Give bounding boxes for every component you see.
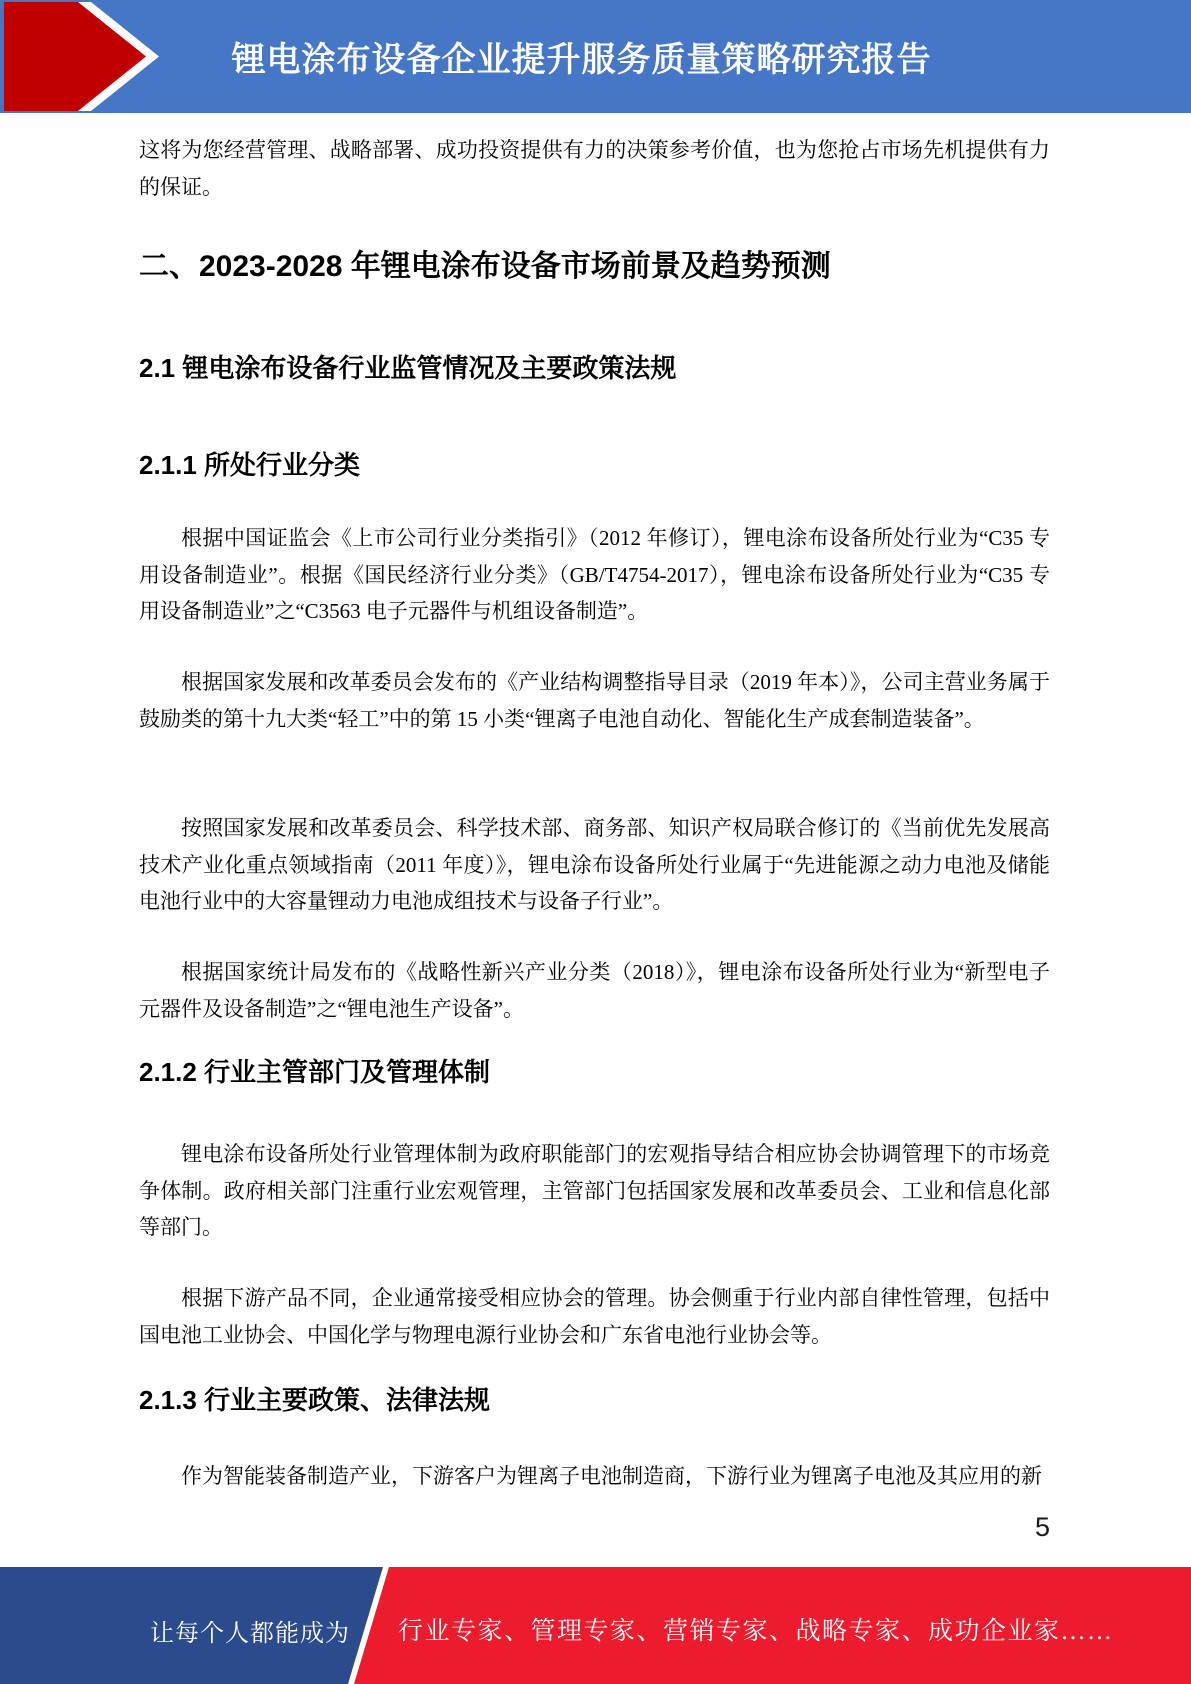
paragraph-regulators-2: 根据下游产品不同，企业通常接受相应协会的管理。协会侧重于行业内部自律性管理，包括… xyxy=(139,1280,1050,1353)
paragraph-industry-classification-4: 根据国家统计局发布的《战略性新兴产业分类（2018）》，锂电涂布设备所处行业为“… xyxy=(139,954,1050,1027)
footer-slogan-left: 让每个人都能成为 xyxy=(140,1613,360,1648)
report-page: 锂电涂布设备企业提升服务质量策略研究报告 这将为您经营管理、战略部署、成功投资提… xyxy=(0,0,1191,1684)
paragraph-regulators-1: 锂电涂布设备所处行业管理体制为政府职能部门的宏观指导结合相应协会协调管理下的市场… xyxy=(139,1136,1050,1246)
footer-slogan-right: 行业专家、管理专家、营销专家、战略专家、成功企业家…… xyxy=(398,1611,1114,1647)
page-header: 锂电涂布设备企业提升服务质量策略研究报告 xyxy=(0,0,1191,113)
page-footer: 让每个人都能成为 行业专家、管理专家、营销专家、战略专家、成功企业家…… xyxy=(0,1567,1191,1684)
intro-paragraph: 这将为您经营管理、战略部署、成功投资提供有力的决策参考价值，也为您抢占市场先机提… xyxy=(139,132,1050,205)
section-2-1-2-heading: 2.1.2 行业主管部门及管理体制 xyxy=(139,1054,1050,1090)
page-number: 5 xyxy=(139,1512,1050,1543)
section-2-1-3-heading: 2.1.3 行业主要政策、法律法规 xyxy=(139,1382,1050,1418)
chapter-heading: 二、2023-2028 年锂电涂布设备市场前景及趋势预测 xyxy=(139,247,1050,287)
section-2-1-heading: 2.1 锂电涂布设备行业监管情况及主要政策法规 xyxy=(139,350,1050,386)
paragraph-industry-classification-2: 根据国家发展和改革委员会发布的《产业结构调整指导目录（2019 年本）》，公司主… xyxy=(139,664,1050,737)
paragraph-industry-classification-3: 按照国家发展和改革委员会、科学技术部、商务部、知识产权局联合修订的《当前优先发展… xyxy=(139,810,1050,920)
report-title: 锂电涂布设备企业提升服务质量策略研究报告 xyxy=(0,0,1177,113)
paragraph-policies-1: 作为智能装备制造产业，下游客户为锂离子电池制造商，下游行业为锂离子电池及其应用的… xyxy=(139,1458,1050,1495)
paragraph-industry-classification-1: 根据中国证监会《上市公司行业分类指引》（2012 年修订），锂电涂布设备所处行业… xyxy=(139,520,1050,630)
section-2-1-1-heading: 2.1.1 所处行业分类 xyxy=(139,447,1050,483)
